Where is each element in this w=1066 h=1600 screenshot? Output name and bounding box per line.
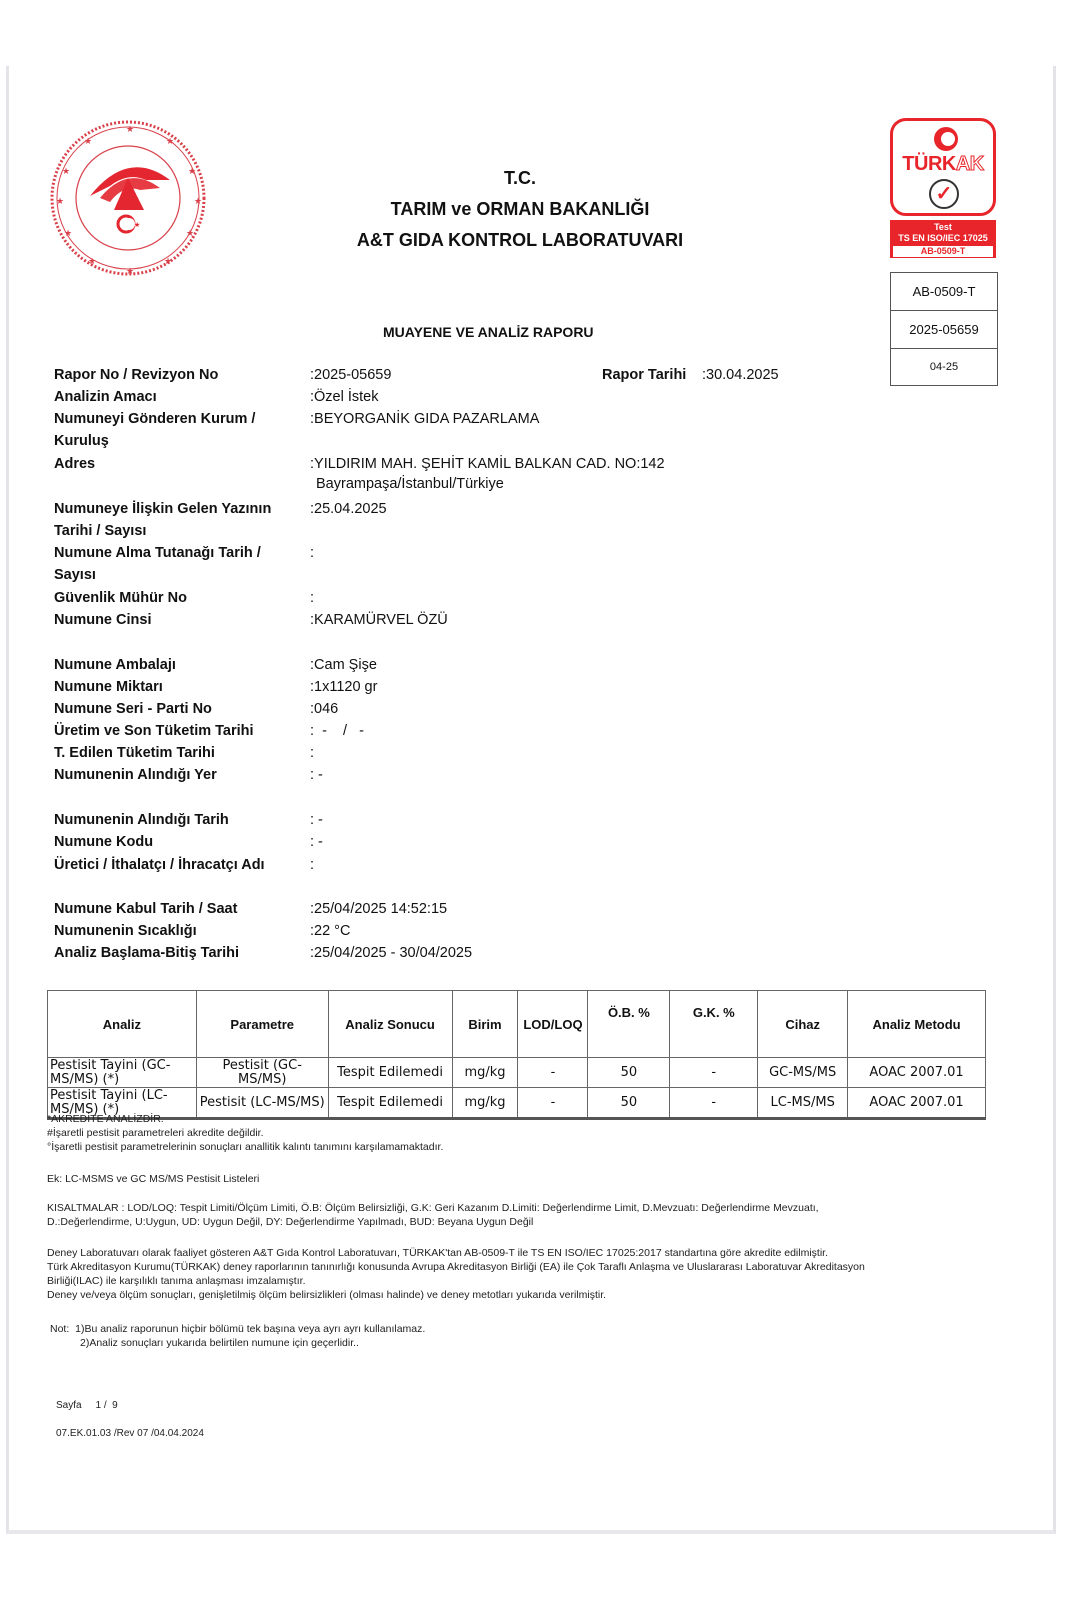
- table-footnotes: *AKREDİTE ANALİZDİR. #İşaretli pestisit …: [47, 1112, 443, 1154]
- note-hash: #İşaretli pestisit parametreleri akredit…: [47, 1126, 443, 1140]
- accreditation-statement: Deney Laboratuvarı olarak faaliyet göste…: [47, 1246, 997, 1302]
- annex-note: Ek: LC-MSMS ve GC MS/MS Pestisit Listele…: [47, 1172, 259, 1186]
- table-row: Pestisit Tayini (GC-MS/MS) (*) Pestisit …: [48, 1058, 986, 1088]
- accreditation-badge: Test TS EN ISO/IEC 17025 AB-0509-T: [890, 220, 996, 258]
- ministry-seal-icon: ★★★★ ★★★★ ★★★★ ★: [48, 118, 208, 278]
- turkak-accreditation-mark: TÜRKAK ✓ Test TS EN ISO/IEC 17025 AB-050…: [890, 118, 996, 258]
- form-code: 07.EK.01.03 /Rev 07 /04.04.2024: [56, 1428, 204, 1439]
- page-number: Sayfa 1 / 9: [56, 1400, 118, 1411]
- note-degree: °İşaretli pestisit parametrelerinin sonu…: [47, 1140, 443, 1154]
- header-lab: A&T GIDA KONTROL LABORATUVARI: [0, 230, 1040, 251]
- report-id-box: AB-0509-T 2025-05659 04-25: [890, 272, 998, 386]
- report-title: MUAYENE VE ANALİZ RAPORU: [383, 324, 594, 340]
- svg-text:★: ★: [164, 256, 172, 266]
- table-header-row: Analiz Parametre Analiz Sonucu Birim LOD…: [48, 991, 986, 1058]
- abbreviations: KISALTMALAR : LOD/LOQ: Tespit Limiti/Ölç…: [47, 1201, 997, 1229]
- remarks: Not: 1)Bu analiz raporunun hiçbir bölümü…: [50, 1322, 425, 1350]
- report-date-label: Rapor Tarihi: [602, 364, 686, 386]
- svg-text:★: ★: [134, 221, 140, 229]
- report-month-code: 04-25: [891, 349, 997, 385]
- header-ministry: TARIM ve ORMAN BAKANLIĞI: [0, 199, 1040, 220]
- svg-text:★: ★: [84, 136, 92, 146]
- report-number: 2025-05659: [891, 311, 997, 349]
- results-table: Analiz Parametre Analiz Sonucu Birim LOD…: [47, 990, 986, 1120]
- checkmark-icon: ✓: [929, 179, 959, 209]
- turkak-wordmark: TÜRKAK: [893, 153, 993, 176]
- svg-text:★: ★: [166, 136, 174, 146]
- turkak-logo: TÜRKAK ✓: [890, 118, 996, 216]
- note-accredited: *AKREDİTE ANALİZDİR.: [47, 1112, 443, 1126]
- crescent-icon: [934, 127, 958, 151]
- report-date-value: :30.04.2025: [702, 364, 779, 386]
- svg-text:★: ★: [126, 124, 134, 134]
- svg-text:★: ★: [88, 256, 96, 266]
- svg-text:★: ★: [126, 266, 134, 276]
- accreditation-number: AB-0509-T: [891, 273, 997, 311]
- header-tc: T.C.: [0, 168, 1040, 189]
